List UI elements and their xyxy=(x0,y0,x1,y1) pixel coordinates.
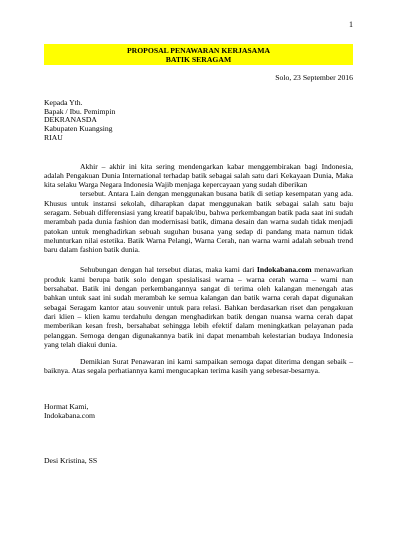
letter-page: 1 PROPOSAL PENAWARAN KERJASAMA BATIK SER… xyxy=(0,0,400,550)
closing-block: Hormat Kami, Indokabana.com xyxy=(44,402,353,420)
recipient-line: RIAU xyxy=(44,134,353,143)
paragraph-opening-continued: tersebut. Antara Lain dengan menggunakan… xyxy=(44,189,353,254)
body-text: Akhir – akhir ini kita sering mendengark… xyxy=(44,162,353,376)
paragraph-offer: Sehubungan dengan hal tersebut diatas, m… xyxy=(44,265,353,349)
signatory-name: Desi Kristina, SS xyxy=(44,456,353,465)
paragraph-offer-rest: menawarkan produk kami berupa batik solo… xyxy=(44,265,353,348)
page-number: 1 xyxy=(44,20,353,30)
paragraph-offer-lead: Sehubungan dengan hal tersebut diatas, m… xyxy=(80,265,257,274)
dateline: Solo, 23 September 2016 xyxy=(44,73,353,82)
paragraph-closing: Demikian Surat Penawaran ini kami sampai… xyxy=(44,357,353,376)
recipient-line: Kabupaten Kuangsing xyxy=(44,125,353,134)
closing-company: Indokabana.com xyxy=(44,411,353,420)
closing-salutation: Hormat Kami, xyxy=(44,402,353,411)
company-name-emphasis: Indokabana.com xyxy=(257,265,312,274)
recipient-block: Kepada Yth. Bapak / Ibu. Pemimpin DEKRAN… xyxy=(44,99,353,143)
title-line-2: BATIK SERAGAM xyxy=(44,55,353,64)
title-highlight: PROPOSAL PENAWARAN KERJASAMA BATIK SERAG… xyxy=(44,44,353,65)
paragraph-opening: Akhir – akhir ini kita sering mendengark… xyxy=(44,162,353,190)
title-line-1: PROPOSAL PENAWARAN KERJASAMA xyxy=(44,46,353,55)
